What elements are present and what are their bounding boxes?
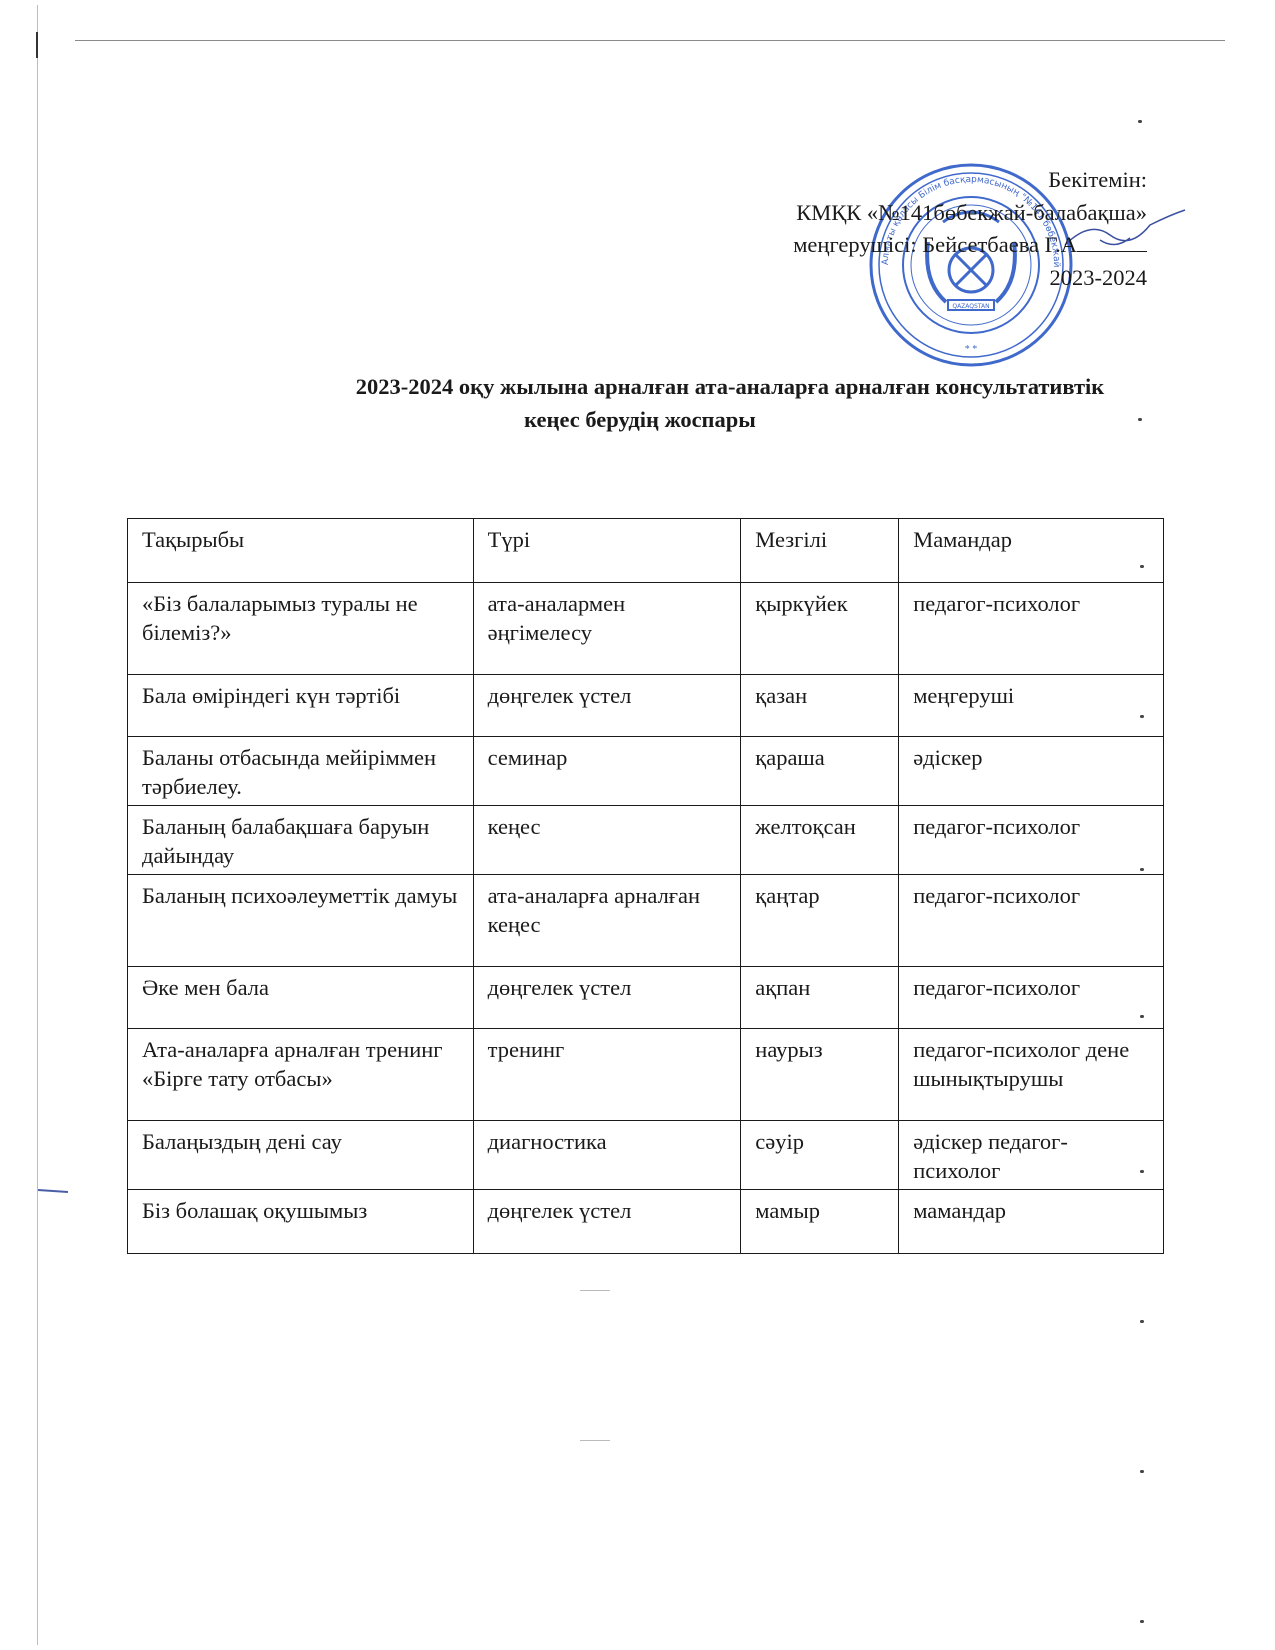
scan-edge-top <box>75 40 1225 41</box>
head-name: меңгерушісі: Бейсетбаева Г.А <box>793 229 1147 262</box>
scan-speck <box>1140 1015 1144 1018</box>
cell-type: диагностика <box>473 1121 741 1190</box>
cell-type: дөңгелек үстел <box>473 675 741 737</box>
cell-type: кеңес <box>473 806 741 875</box>
cell-topic: Баланың балабақшаға баруын дайындау <box>128 806 474 875</box>
organization-name: КМҚК «№141бөбекжай-балабақша» <box>793 197 1147 230</box>
scan-edge-mark <box>36 32 38 58</box>
header-topic: Тақырыбы <box>128 519 474 583</box>
cell-topic: Бала өміріндегі күн тәртібі <box>128 675 474 737</box>
cell-type: семинар <box>473 737 741 806</box>
cell-type: дөңгелек үстел <box>473 967 741 1029</box>
title-line-2: кеңес берудің жоспары <box>120 403 1160 436</box>
cell-period: қазан <box>741 675 899 737</box>
svg-text:* *: * * <box>965 344 978 355</box>
approved-label: Бекітемін: <box>793 164 1147 197</box>
table-header-row: Тақырыбы Түрі Мезгілі Мамандар <box>128 519 1164 583</box>
table-row: Баланың балабақшаға баруын дайындау кеңе… <box>128 806 1164 875</box>
cell-type: дөңгелек үстел <box>473 1190 741 1254</box>
cell-specialists: педагог-психолог <box>899 875 1164 967</box>
cell-type: тренинг <box>473 1029 741 1121</box>
cell-topic: Баланың психоәлеуметтік дамуы <box>128 875 474 967</box>
title-line-1: 2023-2024 оқу жылына арналған ата-аналар… <box>120 370 1160 403</box>
cell-period: сәуір <box>741 1121 899 1190</box>
cell-period: ақпан <box>741 967 899 1029</box>
scan-speck <box>1140 1170 1144 1173</box>
scan-speck <box>1138 418 1142 421</box>
scan-speck <box>1140 565 1144 568</box>
cell-topic: Ата-аналарға арналған тренинг «Бірге тат… <box>128 1029 474 1121</box>
header-specialists: Мамандар <box>899 519 1164 583</box>
scan-speck <box>1140 868 1144 871</box>
table-row: Бала өміріндегі күн тәртібі дөңгелек үст… <box>128 675 1164 737</box>
cell-topic: Баланы отбасында мейіріммен тәрбиелеу. <box>128 737 474 806</box>
cell-specialists: педагог-психолог <box>899 583 1164 675</box>
cell-specialists: меңгеруші <box>899 675 1164 737</box>
cell-specialists: мамандар <box>899 1190 1164 1254</box>
scan-dash <box>580 1290 610 1291</box>
table-row: Баланы отбасында мейіріммен тәрбиелеу. с… <box>128 737 1164 806</box>
approval-block: Бекітемін: КМҚК «№141бөбекжай-балабақша»… <box>793 164 1147 294</box>
cell-type: ата-аналарға арналған кеңес <box>473 875 741 967</box>
pen-mark <box>38 1189 68 1193</box>
cell-type: ата-аналармен әңгімелесу <box>473 583 741 675</box>
cell-specialists: әдіскер <box>899 737 1164 806</box>
scan-speck <box>1140 1620 1144 1623</box>
scan-speck <box>1140 1320 1144 1323</box>
cell-specialists: әдіскер педагог-психолог <box>899 1121 1164 1190</box>
cell-specialists: педагог-психолог <box>899 967 1164 1029</box>
cell-specialists: педагог-психолог дене шынықтырушы <box>899 1029 1164 1121</box>
table-row: Балаңыздың дені сау диагностика сәуір әд… <box>128 1121 1164 1190</box>
cell-period: желтоқсан <box>741 806 899 875</box>
scan-speck <box>1140 715 1144 718</box>
table-row: Әке мен бала дөңгелек үстел ақпан педаго… <box>128 967 1164 1029</box>
cell-period: мамыр <box>741 1190 899 1254</box>
scan-edge-left <box>37 5 38 1645</box>
document-title: 2023-2024 оқу жылына арналған ата-аналар… <box>120 370 1160 436</box>
svg-text:QAZAQSTAN: QAZAQSTAN <box>952 303 989 310</box>
scan-dash <box>580 1440 610 1441</box>
scan-speck <box>1140 1470 1144 1473</box>
header-period: Мезгілі <box>741 519 899 583</box>
cell-topic: Балаңыздың дені сау <box>128 1121 474 1190</box>
table-row: Біз болашақ оқушымыз дөңгелек үстел мамы… <box>128 1190 1164 1254</box>
table-row: Баланың психоәлеуметтік дамуы ата-аналар… <box>128 875 1164 967</box>
cell-specialists: педагог-психолог <box>899 806 1164 875</box>
cell-period: наурыз <box>741 1029 899 1121</box>
table-row: Ата-аналарға арналған тренинг «Бірге тат… <box>128 1029 1164 1121</box>
scan-speck <box>1138 120 1142 123</box>
cell-period: қаңтар <box>741 875 899 967</box>
cell-topic: «Біз балаларымыз туралы не білеміз?» <box>128 583 474 675</box>
cell-topic: Біз болашақ оқушымыз <box>128 1190 474 1254</box>
cell-topic: Әке мен бала <box>128 967 474 1029</box>
cell-period: қыркүйек <box>741 583 899 675</box>
consultation-plan-table: Тақырыбы Түрі Мезгілі Мамандар «Біз бала… <box>127 518 1164 1254</box>
cell-period: қараша <box>741 737 899 806</box>
table-row: «Біз балаларымыз туралы не білеміз?» ата… <box>128 583 1164 675</box>
header-type: Түрі <box>473 519 741 583</box>
approval-year: 2023-2024 <box>793 262 1147 295</box>
